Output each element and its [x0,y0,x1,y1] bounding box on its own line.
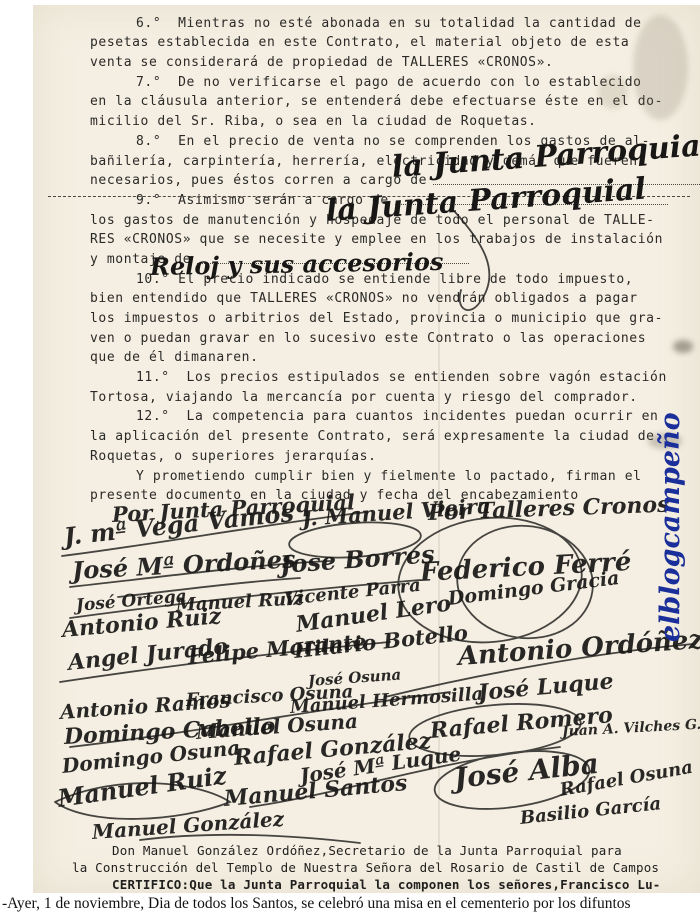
certificate-line: la Construcción del Templo de Nuestra Se… [72,860,659,875]
contract-line: 11.° Los precios estipulados se entiende… [90,365,700,385]
certificate-line: CERTIFICO:Que la Junta Parroquial la com… [112,877,661,892]
contract-line-text: 7.° De no verificarse el pago de acuerdo… [136,75,642,90]
photo-caption: -Ayer, 1 de noviembre, Dia de todos los … [2,895,698,913]
contract-line: 12.° La competencia para cuantos inciden… [90,405,700,425]
contract-line-text: bien entendido que TALLERES «CRONOS» no … [90,291,638,306]
contract-line-text: 6.° Mientras no esté abonada en su total… [136,16,642,31]
contract-line: venta se considerará de propiedad de TAL… [90,50,700,70]
contract-line: micilio del Sr. Riba, o sea en la ciudad… [90,109,700,129]
contract-line: que de él dimanaren. [90,346,700,366]
contract-line-text: la aplicación del presente Contrato, ser… [90,429,655,444]
contract-line-text: venta se considerará de propiedad de TAL… [90,55,553,70]
contract-line: bien entendido que TALLERES «CRONOS» no … [90,287,700,307]
handwritten-insert: Reloj y sus accesorios [150,247,444,281]
contract-line: 6.° Mientras no esté abonada en su total… [90,11,700,31]
contract-line: Tortosa, viajando la mercancía por cuent… [90,385,700,405]
scanned-contract-page: 6.° Mientras no esté abonada en su total… [0,0,700,917]
watermark: elblogcampeño [655,452,686,642]
contract-line-text: Y prometiendo cumplir bien y fielmente l… [136,469,642,484]
contract-line: RES «CRONOS» que se necesite y emplee en… [90,228,700,248]
contract-line: Roquetas, o superiores jerarquías. [90,444,700,464]
contract-line-text: 12.° La competencia para cuantos inciden… [136,409,658,424]
contract-line-text: ven o puedan gravar en lo sucesivo este … [90,331,646,346]
contract-line: en la cláusula anterior, se entenderá de… [90,90,700,110]
contract-line-text: RES «CRONOS» que se necesite y emplee en… [90,232,663,247]
contract-line-text: que de él dimanaren. [90,350,259,365]
contract-line-text: en la cláusula anterior, se entenderá de… [90,94,663,109]
contract-line: los impuestos o arbitrios del Estado, pr… [90,306,700,326]
contract-line-text: pesetas establecida en este Contrato, el… [90,35,629,50]
contract-line: 7.° De no verificarse el pago de acuerdo… [90,70,700,90]
contract-line-text: Tortosa, viajando la mercancía por cuent… [90,390,638,405]
contract-line-text: Roquetas, o superiores jerarquías. [90,449,377,464]
contract-line-text: los impuestos o arbitrios del Estado, pr… [90,311,663,326]
contract-line: Y prometiendo cumplir bien y fielmente l… [90,464,700,484]
contract-line: pesetas establecida en este Contrato, el… [90,31,700,51]
certificate-line: Don Manuel González Ordóñez,Secretario d… [112,843,622,858]
contract-line: la aplicación del presente Contrato, ser… [90,424,700,444]
contract-line-text: necesarios, pues éstos corren a cargo de [90,173,427,188]
contract-line-text: 11.° Los precios estipulados se entiende… [136,370,667,385]
contract-line-text: micilio del Sr. Riba, o sea en la ciudad… [90,114,537,129]
contract-line: ven o puedan gravar en lo sucesivo este … [90,326,700,346]
